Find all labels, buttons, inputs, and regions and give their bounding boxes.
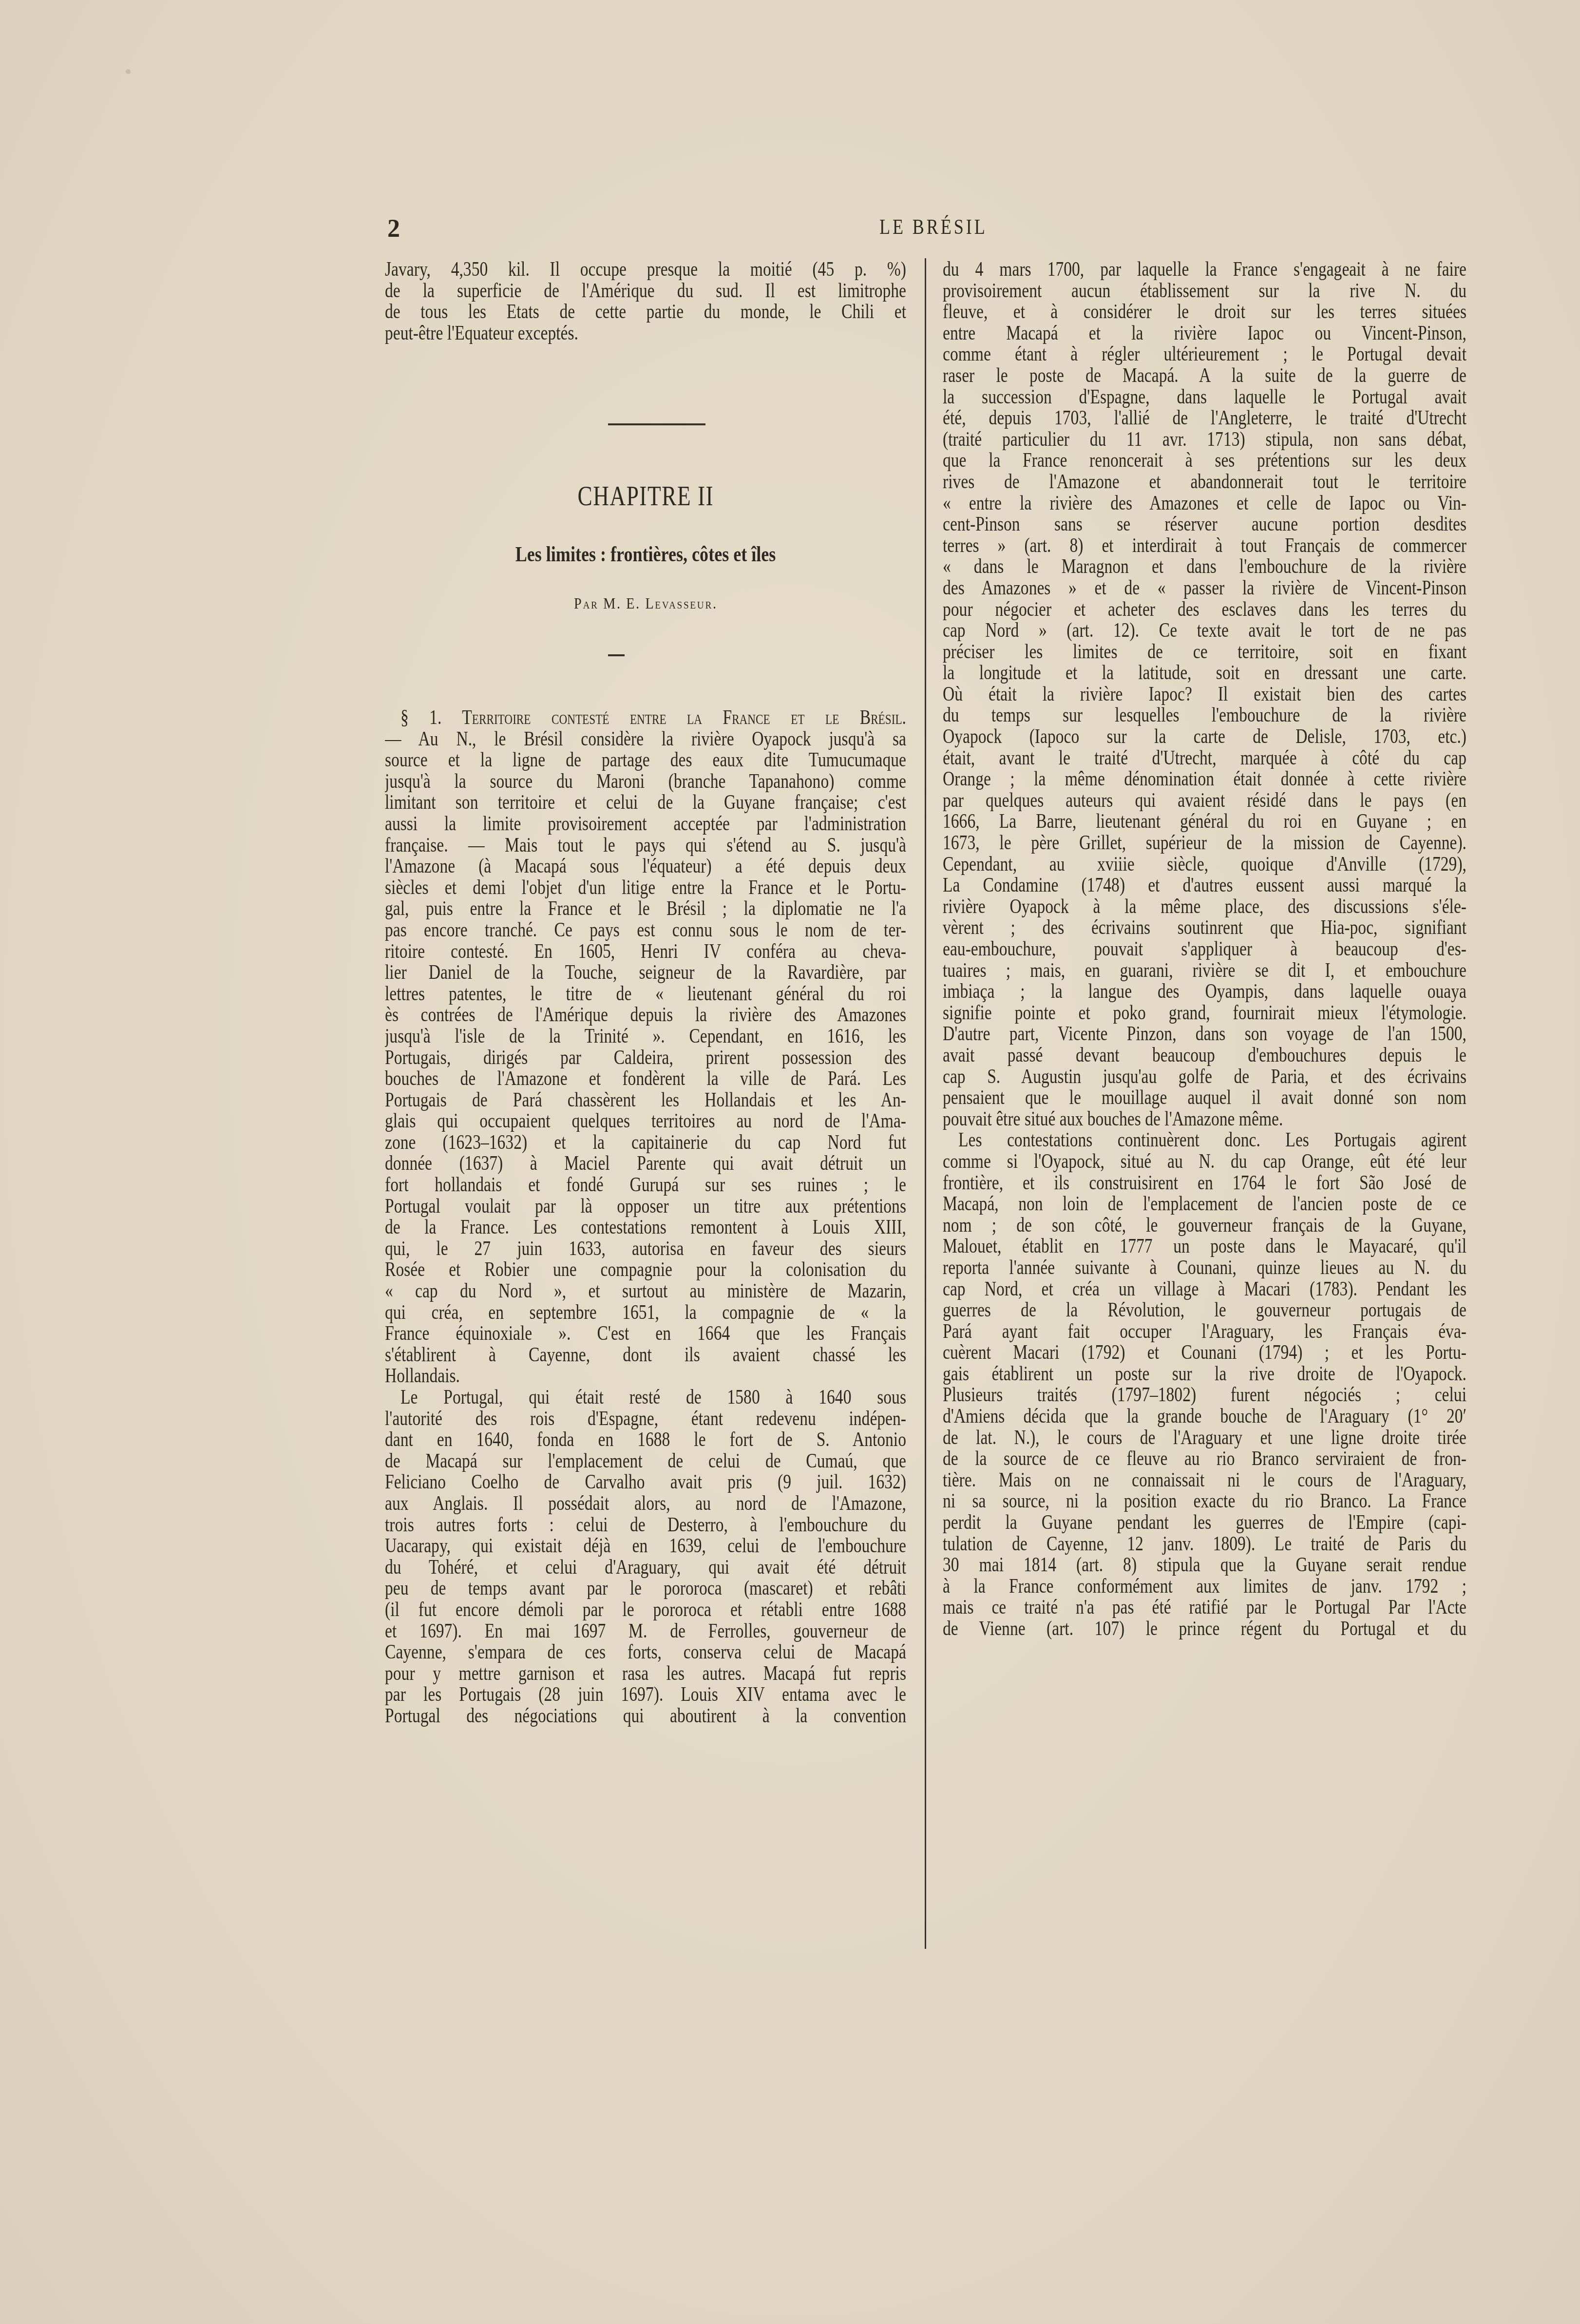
text-line: Cayenne, s'empara de ces forts, conserva… <box>385 1642 906 1663</box>
text-line: cuèrent Macari (1792) et Counani (1794) … <box>943 1342 1466 1364</box>
text-line: Macapá, non loin de l'emplacement de l'a… <box>943 1194 1466 1215</box>
text-line: donnée (1637) à Maciel Parente qui avait… <box>385 1153 906 1175</box>
text-line: que la France renoncerait à ses prétenti… <box>943 450 1466 472</box>
text-line: 1673, le père Grillet, supérieur de la m… <box>943 833 1466 854</box>
text-line: « dans le Maragnon et dans l'embouchure … <box>943 556 1466 578</box>
text-line: bouches de l'Amazone et fondèrent la vil… <box>385 1068 906 1090</box>
text-line: jusqu'à la source du Maroni (branche Tap… <box>385 771 906 793</box>
text-line: par quelques auteurs qui avaient résidé … <box>943 790 1466 812</box>
text-line: terres » (art. 8) et interdirait à tout … <box>943 535 1466 557</box>
text-line: vèrent ; des écrivains soutinrent que Hi… <box>943 917 1466 939</box>
text-line: ès contrées de l'Amérique depuis la rivi… <box>385 1005 906 1026</box>
text-line: eau-embouchure, pouvait s'appliquer à be… <box>943 939 1466 960</box>
text-line: guerres de la Révolution, le gouverneur … <box>943 1300 1466 1321</box>
text-line: aussi la limite provisoirement acceptée … <box>385 814 906 835</box>
book-page: 2 LE BRÉSIL Javary, 4,350 kil. Il occupe… <box>0 0 1580 2324</box>
text-line: peu de temps avant par le pororoca (masc… <box>385 1578 906 1600</box>
text-line: du temps sur lesquelles l'embouchure de … <box>943 705 1466 726</box>
text-line: entre Macapá et la rivière Iapoc ou Vinc… <box>943 323 1466 344</box>
text-line: Javary, 4,350 kil. Il occupe presque la … <box>385 259 906 281</box>
chapter-title: CHAPITRE II <box>385 479 906 512</box>
text-line: gais établirent un poste sur la rive dro… <box>943 1364 1466 1385</box>
text-line: était, avant le traité d'Utrecht, marqué… <box>943 748 1466 769</box>
text-line: provisoirement aucun établissement sur l… <box>943 281 1466 302</box>
text-line: Malouet, établit en 1777 un poste dans l… <box>943 1236 1466 1257</box>
text-line: source et la ligne de partage des eaux d… <box>385 750 906 771</box>
text-line: la longitude et la latitude, soit en dre… <box>943 663 1466 684</box>
chapter-author-text: Par M. E. Levasseur. <box>574 594 718 612</box>
text-line: peut-être l'Equateur exceptés. <box>385 323 906 344</box>
text-line: et 1697). En mai 1697 M. de Ferrolles, g… <box>385 1621 906 1642</box>
text-line: France équinoxiale ». C'est en 1664 que … <box>385 1323 906 1345</box>
text-line: (traité particulier du 11 avr. 1713) sti… <box>943 429 1466 451</box>
text-line: cap Nord, et créa un village à Macari (1… <box>943 1279 1466 1300</box>
text-line: nom ; de son côté, le gouverneur françai… <box>943 1215 1466 1237</box>
column-rule <box>925 258 926 1949</box>
text-line: tière. Mais on ne connaissait ni le cour… <box>943 1470 1466 1491</box>
text-line: s'établirent à Cayenne, dont ils avaient… <box>385 1345 906 1366</box>
text-line: Portugal des négociations qui aboutirent… <box>385 1706 906 1727</box>
text-line: pensaient que le mouillage auquel il ava… <box>943 1087 1466 1109</box>
text-line: Rosée et Robier une compagnie pour la co… <box>385 1259 906 1281</box>
text-line: pouvait être situé aux bouches de l'Amaz… <box>943 1109 1466 1130</box>
text-line: frontière, et ils construisirent en 1764… <box>943 1173 1466 1194</box>
text-line: raser le poste de Macapá. A la suite de … <box>943 365 1466 387</box>
chapter-author: Par M. E. Levasseur. <box>385 594 906 612</box>
text-line: des Amazones » et de « passer la rivière… <box>943 578 1466 599</box>
text-line: « entre la rivière des Amazones et celle… <box>943 493 1466 514</box>
text-line: glais qui occupaient quelques territoire… <box>385 1111 906 1132</box>
text-line: la succession d'Espagne, dans laquelle l… <box>943 387 1466 408</box>
text-line: Plusieurs traités (1797–1802) furent nég… <box>943 1385 1466 1406</box>
text-line: de la source de ce fleuve au rio Branco … <box>943 1448 1466 1470</box>
section-heading: § 1. Territoire contesté entre la France… <box>385 707 906 729</box>
text-line: aux Anglais. Il possédait alors, au nord… <box>385 1493 906 1515</box>
text-line: fleuve, et à considérer le droit sur les… <box>943 302 1466 323</box>
text-line: Portugais, dirigés par Caldeira, prirent… <box>385 1048 906 1069</box>
text-line: 1666, La Barre, lieutenant général du ro… <box>943 811 1466 833</box>
text-line: tulation de Cayenne, 12 janv. 1809). Le … <box>943 1534 1466 1555</box>
text-line: du 4 mars 1700, par laquelle la France s… <box>943 259 1466 281</box>
page-number: 2 <box>387 214 400 243</box>
text-line: française. — Mais tout le pays qui s'éte… <box>385 835 906 857</box>
text-line: préciser les limites de ce territoire, s… <box>943 642 1466 663</box>
text-line: de Macapá sur l'emplacement de celui de … <box>385 1451 906 1472</box>
text-line: pour y mettre garnison et rasa les autre… <box>385 1663 906 1685</box>
text-line: Les contestations continuèrent donc. Les… <box>943 1130 1466 1151</box>
text-line: cap S. Augustin jusqu'au golfe de Paria,… <box>943 1067 1466 1088</box>
chapter-divider <box>608 654 625 656</box>
section-1: § 1. Territoire contesté entre la France… <box>385 707 906 1727</box>
text-line: Oyapock (Iapoco sur la carte de Delisle,… <box>943 726 1466 748</box>
text-line: Uacarapy, qui existait déjà en 1639, cel… <box>385 1536 906 1557</box>
text-line: trois autres forts : celui de Desterro, … <box>385 1515 906 1536</box>
text-line: de la France. Les contestations remonten… <box>385 1217 906 1238</box>
text-line: ni sa source, ni la position exacte du r… <box>943 1491 1466 1512</box>
text-line: gal, puis entre la France et le Brésil ;… <box>385 898 906 920</box>
text-line: Où était la rivière Iapoc? Il existait b… <box>943 684 1466 705</box>
text-line: fort hollandais et fondé Gurupá sur ses … <box>385 1175 906 1196</box>
text-line: de la superficie de l'Amérique du sud. I… <box>385 281 906 302</box>
text-line: pour négocier et acheter des esclaves da… <box>943 599 1466 621</box>
text-line: qui, le 27 juin 1633, autorisa en faveur… <box>385 1238 906 1260</box>
text-line: d'Amiens décida que la grande bouche de … <box>943 1406 1466 1428</box>
text-line: par les Portugais (28 juin 1697). Louis … <box>385 1684 906 1706</box>
text-line: de tous les Etats de cette partie du mon… <box>385 302 906 323</box>
text-line: à la France conformément aux limites de … <box>943 1576 1466 1598</box>
text-line: qui créa, en septembre 1651, la compagni… <box>385 1302 906 1324</box>
text-line: siècles et demi l'objet d'un litige entr… <box>385 877 906 899</box>
text-line: imbiaça ; la langue des Oyampis, dans la… <box>943 981 1466 1003</box>
text-line: — Au N., le Brésil considère la rivière … <box>385 729 906 750</box>
text-line: pas encore tranché. Ce pays est connu so… <box>385 920 906 941</box>
text-line: comme si l'Oyapock, situé au N. du cap O… <box>943 1151 1466 1173</box>
text-line: du Tohéré, et celui d'Araguary, qui avai… <box>385 1557 906 1579</box>
chapter-title-text: CHAPITRE II <box>577 479 714 512</box>
text-line: Cependant, au xviiie siècle, quoique d'A… <box>943 854 1466 876</box>
text-line: lettres patentes, le titre de « lieutena… <box>385 984 906 1005</box>
text-line: avait passé devant beaucoup d'embouchure… <box>943 1045 1466 1067</box>
text-line: rives de l'Amazone et abandonnerait tout… <box>943 472 1466 493</box>
running-head: LE BRÉSIL <box>879 214 988 239</box>
text-line: tuaires ; mais, en guarani, rivière se d… <box>943 960 1466 982</box>
chapter-subtitle-text: Les limites : frontières, côtes et îles <box>515 542 776 567</box>
text-line: D'autre part, Vicente Pinzon, dans son v… <box>943 1024 1466 1045</box>
right-column: du 4 mars 1700, par laquelle la France s… <box>943 259 1466 1640</box>
text-line: perdit la Guyane pendant les guerres de … <box>943 1512 1466 1534</box>
text-line: reporta l'année suivante à Counani, quin… <box>943 1257 1466 1279</box>
text-line: mais ce traité n'a pas été ratifié par l… <box>943 1597 1466 1619</box>
text-line: Pará ayant fait occuper l'Araguary, les … <box>943 1321 1466 1343</box>
text-line: (il fut encore démoli par le pororoca et… <box>385 1600 906 1621</box>
section-divider <box>608 423 705 425</box>
text-line: rivière Oyapock à la même place, des dis… <box>943 896 1466 918</box>
text-line: Feliciano Coelho de Carvalho avait pris … <box>385 1472 906 1493</box>
text-line: cap Nord » (art. 12). Ce texte avait le … <box>943 620 1466 642</box>
text-line: de lat. N.), le cours de l'Araguary et u… <box>943 1428 1466 1449</box>
text-line: cent-Pinson sans se réserver aucune port… <box>943 514 1466 535</box>
text-line: l'Amazone (à Macapá sous l'équateur) a é… <box>385 856 906 877</box>
text-line: Le Portugal, qui était resté de 1580 à 1… <box>385 1387 906 1409</box>
text-line: 30 mai 1814 (art. 8) stipula que la Guya… <box>943 1555 1466 1576</box>
text-line: signifie pointe et poko grand, fournirai… <box>943 1003 1466 1024</box>
text-line: zone (1623–1632) et la capitainerie du c… <box>385 1132 906 1154</box>
text-line: de Vienne (art. 107) le prince régent du… <box>943 1619 1466 1640</box>
text-line: été, depuis 1703, l'allié de l'Angleterr… <box>943 408 1466 429</box>
text-line: lier Daniel de la Touche, seigneur de la… <box>385 962 906 984</box>
text-line: ritoire contesté. En 1605, Henri IV conf… <box>385 941 906 963</box>
paper-speck <box>126 69 131 74</box>
text-line: dant en 1640, fonda en 1688 le fort de S… <box>385 1429 906 1451</box>
text-line: Hollandais. <box>385 1366 906 1387</box>
text-line: Portugais de Pará chassèrent les Holland… <box>385 1090 906 1111</box>
text-line: La Condamine (1748) et d'autres eussent … <box>943 875 1466 896</box>
chapter-subtitle: Les limites : frontières, côtes et îles <box>385 542 906 567</box>
text-line: limitant son territoire et celui de la G… <box>385 792 906 814</box>
text-line: jusqu'à l'isle de la Trinité ». Cependan… <box>385 1026 906 1048</box>
text-line: Portugal voulait par là opposer un titre… <box>385 1196 906 1218</box>
text-line: « cap du Nord », et surtout au ministère… <box>385 1281 906 1302</box>
text-line: Orange ; la même dénomination était donn… <box>943 769 1466 790</box>
text-line: l'autorité des rois d'Espagne, étant red… <box>385 1409 906 1430</box>
text-line: comme étant à régler ultérieurement ; le… <box>943 344 1466 365</box>
intro-paragraph: Javary, 4,350 kil. Il occupe presque la … <box>385 259 906 344</box>
